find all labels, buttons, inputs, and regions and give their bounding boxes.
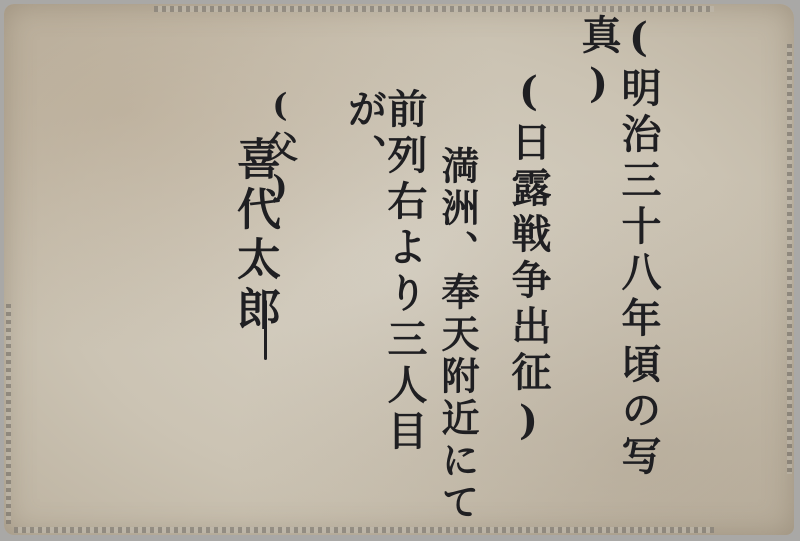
inscription-location-line: 満洲、奉天附近にて [438, 146, 476, 524]
signature-tail-stroke [264, 300, 267, 360]
inscription-position-line: 前列右より三人目が、 [344, 88, 424, 541]
scalloped-edge-right [787, 44, 792, 474]
inscription-war-line: (日露戦争出征) [508, 68, 548, 450]
scalloped-edge-left [6, 304, 11, 524]
scalloped-edge-top [154, 6, 714, 12]
inscription-name: 喜代太郎 [232, 136, 276, 336]
inscription-date-line: (明治三十八年頃の写真) [578, 14, 658, 541]
